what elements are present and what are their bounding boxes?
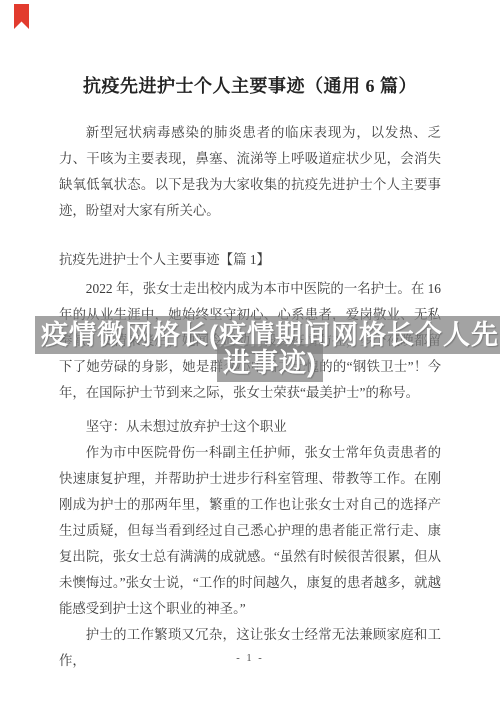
paragraph-story-2: 作为市中医院骨伤一科副主任护师，张女士常年负责患者的快速康复护理，并帮助护士进步… (59, 440, 441, 622)
document-body: 新型冠状病毒感染的肺炎患者的临床表现为，以发热、乏力、干咳为主要表现，鼻塞、流涕… (59, 120, 441, 674)
paragraph-intro: 新型冠状病毒感染的肺炎患者的临床表现为，以发热、乏力、干咳为主要表现，鼻塞、流涕… (59, 120, 441, 224)
paragraph-subtitle: 坚守：从未想过放弃护士这个职业 (59, 414, 441, 440)
document-page: 抗疫先进护士个人主要事迹（通用 6 篇） 新型冠状病毒感染的肺炎患者的临床表现为… (0, 0, 500, 706)
page-title: 抗疫先进护士个人主要事迹（通用 6 篇） (0, 72, 500, 98)
watermark-text: 疫情微网格长(疫情期间网格长个人先进事迹) (35, 316, 500, 382)
section-heading: 抗疫先进护士个人主要事迹【篇 1】 (59, 247, 441, 273)
bookmark-icon (14, 4, 29, 29)
paragraph-story-3: 护士的工作繁琐又冗杂，这让张女士经常无法兼顾家庭和工作， (59, 622, 441, 674)
page-number: - 1 - (0, 653, 500, 664)
watermark-overlay: 疫情微网格长(疫情期间网格长个人先进事迹) (30, 321, 500, 377)
